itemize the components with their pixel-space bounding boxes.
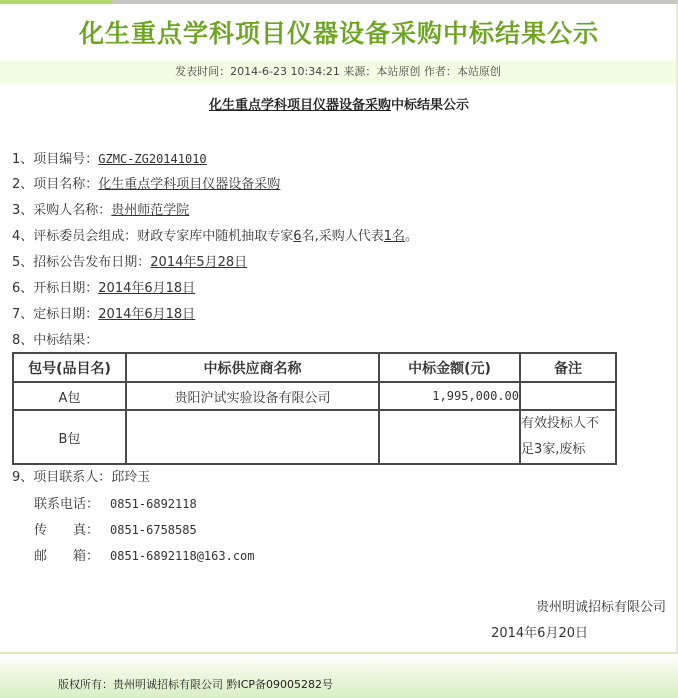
table-header-row: 包号(品目名) 中标供应商名称 中标金额(元) 备注 <box>13 353 616 382</box>
results-table: 包号(品目名) 中标供应商名称 中标金额(元) 备注 A包 贵阳沪试实验设备有限… <box>12 352 617 465</box>
fax-row: 传 真：0851-6758585 <box>12 517 255 543</box>
cell-supplier: 贵阳沪试实验设备有限公司 <box>126 382 379 410</box>
cell-package: B包 <box>13 410 126 464</box>
open-date: 2014年6月18日 <box>98 281 195 296</box>
list-item-results: 8、中标结果： <box>12 328 418 354</box>
item-label: 1、项目编号： <box>12 152 98 167</box>
column-header-supplier: 中标供应商名称 <box>126 353 379 382</box>
list-item-award-date: 7、定标日期：2014年6月18日 <box>12 302 418 328</box>
item-text: 。 <box>405 229 418 244</box>
item-label: 2、项目名称： <box>12 177 98 192</box>
project-number: GZMC-ZG20141010 <box>98 152 206 166</box>
list-item-project-name: 2、项目名称：化生重点学科项目仪器设备采购 <box>12 172 418 198</box>
expert-count: 6 <box>293 229 301 244</box>
purchaser-rep-count: 1名 <box>384 229 405 244</box>
phone-label: 联系电话： <box>34 492 110 518</box>
copyright-text: 版权所有：贵州明诚招标有限公司 黔ICP备09005282号 <box>58 676 333 692</box>
email-label: 邮 箱： <box>34 544 110 570</box>
item-label: 7、定标日期： <box>12 307 98 322</box>
item-text: 名,采购人代表 <box>302 229 384 244</box>
footer: 版权所有：贵州明诚招标有限公司 黔ICP备09005282号 <box>0 655 678 698</box>
item-label: 3、采购人名称： <box>12 203 111 218</box>
project-name: 化生重点学科项目仪器设备采购 <box>98 177 280 192</box>
fax-value: 0851-6758585 <box>110 523 197 537</box>
email-value: 0851-6892118@163.com <box>110 549 255 563</box>
heading-rest: 中标结果公示 <box>391 98 469 113</box>
fax-label: 传 真： <box>34 518 110 544</box>
cell-note <box>520 382 616 410</box>
top-bar-accent <box>0 0 112 4</box>
footer-divider <box>0 652 678 654</box>
cell-package: A包 <box>13 382 126 410</box>
cell-supplier <box>126 410 379 464</box>
list-item-purchaser: 3、采购人名称：贵州师范学院 <box>12 198 418 224</box>
list-item-open-date: 6、开标日期：2014年6月18日 <box>12 276 418 302</box>
page-title: 化生重点学科项目仪器设备采购中标结果公示 <box>0 14 678 50</box>
item-label: 5、招标公告发布日期： <box>12 255 150 270</box>
heading-underlined: 化生重点学科项目仪器设备采购 <box>209 98 391 113</box>
signature-company: 贵州明诚招标有限公司 <box>536 596 666 615</box>
phone-value: 0851-6892118 <box>110 497 197 511</box>
contact-label: 9、项目联系人： <box>12 470 111 485</box>
list-item-announce-date: 5、招标公告发布日期：2014年5月28日 <box>12 250 418 276</box>
cell-amount: 1,995,000.00 <box>379 382 520 410</box>
note-line: 有效投标人不 <box>521 411 615 437</box>
phone-row: 联系电话：0851-6892118 <box>12 491 255 517</box>
contact-person-row: 9、项目联系人：邱玲玉 <box>12 465 255 491</box>
column-header-note: 备注 <box>520 353 616 382</box>
award-date: 2014年6月18日 <box>98 307 195 322</box>
note-line: 足3家,废标 <box>521 437 615 463</box>
top-bar <box>0 0 678 4</box>
document-heading: 化生重点学科项目仪器设备采购中标结果公示 <box>0 94 678 113</box>
table-row: B包 有效投标人不 足3家,废标 <box>13 410 616 464</box>
item-label: 6、开标日期： <box>12 281 98 296</box>
contact-name: 邱玲玉 <box>111 470 150 485</box>
signature-block: 贵州明诚招标有限公司 2014年6月20日 <box>536 596 666 615</box>
item-label: 8、中标结果： <box>12 333 98 348</box>
list-item-committee: 4、评标委员会组成：财政专家库中随机抽取专家6名,采购人代表1名。 <box>12 224 418 250</box>
announce-date: 2014年5月28日 <box>150 255 247 270</box>
publish-meta: 发表时间：2014-6-23 10:34:21 来源：本站原创 作者：本站原创 <box>0 61 676 83</box>
column-header-package: 包号(品目名) <box>13 353 126 382</box>
list-item-project-number: 1、项目编号：GZMC-ZG20141010 <box>12 146 418 172</box>
email-row: 邮 箱：0851-6892118@163.com <box>12 543 255 569</box>
contact-section: 9、项目联系人：邱玲玉 联系电话：0851-6892118 传 真：0851-6… <box>12 465 255 569</box>
cell-note: 有效投标人不 足3家,废标 <box>520 410 616 464</box>
table-row: A包 贵阳沪试实验设备有限公司 1,995,000.00 <box>13 382 616 410</box>
item-label: 4、评标委员会组成：财政专家库中随机抽取专家 <box>12 229 293 244</box>
signature-date: 2014年6月20日 <box>491 622 588 641</box>
info-list: 1、项目编号：GZMC-ZG20141010 2、项目名称：化生重点学科项目仪器… <box>12 146 418 354</box>
column-header-amount: 中标金额(元) <box>379 353 520 382</box>
purchaser-name: 贵州师范学院 <box>111 203 189 218</box>
cell-amount <box>379 410 520 464</box>
